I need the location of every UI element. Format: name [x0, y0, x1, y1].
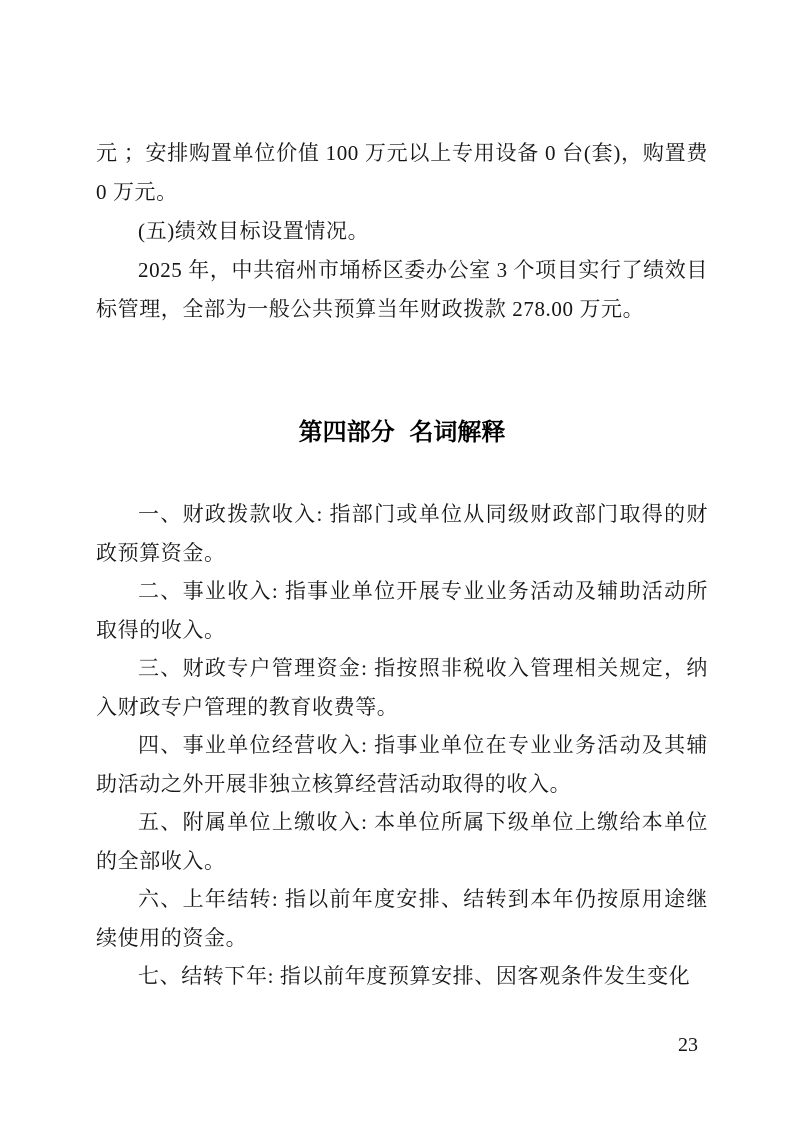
- page-number: 23: [678, 1032, 698, 1058]
- definition-item-6: 六、上年结转: 指以前年度安排、结转到本年仍按原用途继续使用的资金。: [96, 880, 708, 957]
- definition-item-5: 五、附属单位上缴收入: 本单位所属下级单位上缴给本单位的全部收入。: [96, 803, 708, 880]
- section-heading: 第四部分 名词解释: [96, 413, 708, 453]
- intro-paragraph-performance-detail: 2025 年，中共宿州市埇桥区委办公室 3 个项目实行了绩效目标管理，全部为一般…: [96, 251, 708, 329]
- page-content: 元 ；安排购置单位价值 100 万元以上专用设备 0 台(套)，购置费 0 万元…: [96, 134, 708, 996]
- document-page: 元 ；安排购置单位价值 100 万元以上专用设备 0 台(套)，购置费 0 万元…: [0, 0, 793, 1122]
- definition-item-3: 三、财政专户管理资金: 指按照非税收入管理相关规定，纳入财政专户管理的教育收费等…: [96, 649, 708, 726]
- definition-item-4: 四、事业单位经营收入: 指事业单位在专业业务活动及其辅助活动之外开展非独立核算经…: [96, 726, 708, 803]
- definition-item-7: 七、结转下年: 指以前年度预算安排、因客观条件发生变化: [96, 957, 708, 996]
- intro-paragraph-continuation: 元 ；安排购置单位价值 100 万元以上专用设备 0 台(套)，购置费 0 万元…: [96, 134, 708, 212]
- definitions-list: 一、财政拨款收入: 指部门或单位从同级财政部门取得的财政预算资金。 二、事业收入…: [96, 495, 708, 996]
- definition-item-1: 一、财政拨款收入: 指部门或单位从同级财政部门取得的财政预算资金。: [96, 495, 708, 572]
- definition-item-2: 二、事业收入: 指事业单位开展专业业务活动及辅助活动所取得的收入。: [96, 572, 708, 649]
- intro-paragraph-performance-heading: (五)绩效目标设置情况。: [96, 212, 708, 251]
